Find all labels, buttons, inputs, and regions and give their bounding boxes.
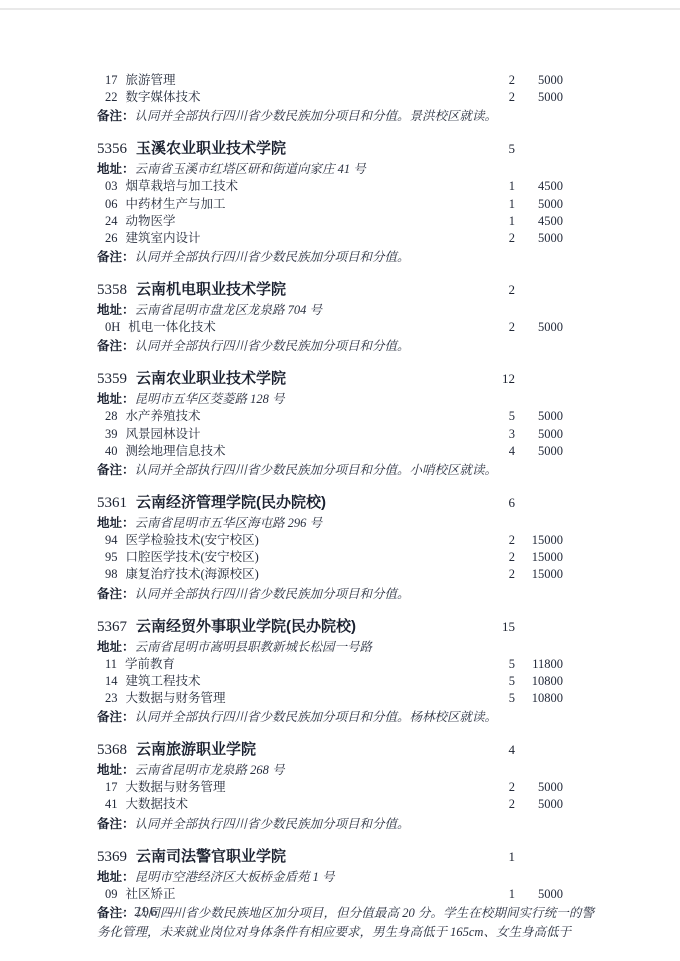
program-name: 建筑室内设计 — [126, 230, 482, 247]
section-header: 5361云南经济管理学院(民办院校)6 — [97, 493, 563, 513]
remark-text: 认同并全部执行四川省少数民族加分项目和分值。 — [135, 587, 410, 601]
program-row: 39风景园林设计35000 — [97, 426, 563, 443]
school-section: 5361云南经济管理学院(民办院校)6地址：云南省昆明市五华区海屯路 296 号… — [97, 493, 594, 604]
program-name: 动物医学 — [126, 213, 482, 230]
school-code: 5368 — [97, 740, 127, 760]
program-count: 2 — [481, 549, 515, 566]
program-code: 41 — [105, 796, 118, 813]
program-code: 0H — [105, 319, 120, 336]
program-row: 95口腔医学技术(安宁校区)215000 — [97, 549, 563, 566]
school-quota: 2 — [481, 280, 515, 300]
program-code: 09 — [105, 886, 118, 903]
section-header: 5358云南机电职业技术学院2 — [97, 280, 563, 300]
program-row: 28水产养殖技术55000 — [97, 408, 563, 425]
program-row: 24动物医学14500 — [97, 213, 563, 230]
program-count: 2 — [481, 319, 515, 336]
school-quota: 1 — [481, 847, 515, 867]
school-code: 5356 — [97, 139, 127, 159]
address-label: 地址： — [97, 392, 135, 406]
remark-text: 认同并全部执行四川省少数民族加分项目和分值。 — [135, 339, 410, 353]
address-label: 地址： — [97, 303, 135, 317]
address-line: 地址：昆明市五华区茭菱路 128 号 — [97, 391, 594, 408]
remark-label: 备注： — [97, 463, 135, 477]
program-fee: 10800 — [515, 673, 563, 690]
address-label: 地址： — [97, 516, 135, 530]
program-fee: 5000 — [515, 230, 563, 247]
address-text: 昆明市五华区茭菱路 128 号 — [135, 392, 285, 406]
program-count: 1 — [481, 178, 515, 195]
program-code: 11 — [105, 656, 117, 673]
address-label: 地址： — [97, 640, 135, 654]
program-name: 风景园林设计 — [126, 426, 482, 443]
school-section: 5367云南经贸外事职业学院(民办院校)15地址：云南省昆明市嵩明县职教新城长松… — [97, 617, 594, 728]
section-header: 5359云南农业职业技术学院12 — [97, 369, 563, 389]
program-count: 1 — [481, 213, 515, 230]
program-count: 2 — [481, 796, 515, 813]
program-count: 5 — [481, 690, 515, 707]
school-quota: 6 — [481, 493, 515, 513]
program-row: 03烟草栽培与加工技术14500 — [97, 178, 563, 195]
remark-line: 备注：认同并全部执行四川省少数民族加分项目和分值。杨林校区就读。 — [97, 708, 594, 727]
program-fee: 5000 — [515, 796, 563, 813]
program-name: 旅游管理 — [126, 72, 482, 89]
remark-label: 备注： — [97, 817, 135, 831]
address-line: 地址：云南省昆明市嵩明县职教新城长松园一号路 — [97, 639, 594, 656]
remark-line: 备注：认同并全部执行四川省少数民族加分项目和分值。 — [97, 248, 594, 267]
program-name: 社区矫正 — [126, 886, 482, 903]
school-code: 5358 — [97, 280, 127, 300]
school-section: 5358云南机电职业技术学院2地址：云南省昆明市盘龙区龙泉路 704 号0H机电… — [97, 280, 594, 356]
remark-line: 备注：认同并全部执行四川省少数民族加分项目和分值。景洪校区就读。 — [97, 107, 594, 126]
section-header: 5369云南司法警官职业学院1 — [97, 847, 563, 867]
program-name: 口腔医学技术(安宁校区) — [126, 549, 482, 566]
program-row: 22数字媒体技术25000 — [97, 89, 563, 106]
remark-text: 认同并全部执行四川省少数民族加分项目和分值。杨林校区就读。 — [135, 710, 498, 724]
program-fee: 15000 — [515, 549, 563, 566]
program-code: 24 — [105, 213, 118, 230]
school-code: 5361 — [97, 493, 127, 513]
program-code: 39 — [105, 426, 118, 443]
school-code: 5367 — [97, 617, 127, 637]
school-quota: 5 — [481, 139, 515, 159]
school-code: 5359 — [97, 369, 127, 389]
program-fee: 5000 — [515, 89, 563, 106]
address-text: 云南省昆明市龙泉路 268 号 — [135, 763, 285, 777]
program-row: 14建筑工程技术510800 — [97, 673, 563, 690]
school-section: 5369云南司法警官职业学院1地址：昆明市空港经济区大板桥金盾苑 1 号09社区… — [97, 847, 594, 942]
footer-dash-right: — — [166, 905, 181, 920]
section-header: 5356玉溪农业职业技术学院5 — [97, 139, 563, 159]
program-fee: 5000 — [515, 443, 563, 460]
program-count: 2 — [481, 89, 515, 106]
program-name: 机电一体化技术 — [128, 319, 481, 336]
page-content: 17旅游管理2500022数字媒体技术25000备注：认同并全部执行四川省少数民… — [0, 0, 680, 942]
school-quota: 12 — [481, 369, 515, 389]
remark-line: 备注：认同并全部执行四川省少数民族加分项目和分值。小哨校区就读。 — [97, 461, 594, 480]
program-row: 26建筑室内设计25000 — [97, 230, 563, 247]
program-count: 2 — [481, 72, 515, 89]
school-name: 云南经贸外事职业学院(民办院校) — [136, 617, 481, 637]
program-code: 94 — [105, 532, 118, 549]
address-text: 云南省昆明市盘龙区龙泉路 704 号 — [135, 303, 323, 317]
school-name: 云南经济管理学院(民办院校) — [136, 493, 481, 513]
program-count: 3 — [481, 426, 515, 443]
program-code: 17 — [105, 779, 118, 796]
program-row: 94医学检验技术(安宁校区)215000 — [97, 532, 563, 549]
remark-label: 备注： — [97, 587, 135, 601]
school-name: 云南机电职业技术学院 — [136, 280, 481, 300]
program-code: 23 — [105, 690, 118, 707]
program-count: 5 — [481, 673, 515, 690]
page-number: 296 — [134, 905, 158, 920]
remark-line: 备注：认同并全部执行四川省少数民族加分项目和分值。 — [97, 815, 594, 834]
program-name: 数字媒体技术 — [126, 89, 482, 106]
program-name: 中药材生产与加工 — [126, 196, 482, 213]
program-name: 测绘地理信息技术 — [126, 443, 482, 460]
school-name: 云南司法警官职业学院 — [136, 847, 481, 867]
program-row: 09社区矫正15000 — [97, 886, 563, 903]
program-name: 水产养殖技术 — [126, 408, 482, 425]
program-fee: 5000 — [515, 426, 563, 443]
program-fee: 5000 — [515, 72, 563, 89]
section-header: 5367云南经贸外事职业学院(民办院校)15 — [97, 617, 563, 637]
program-fee: 4500 — [515, 213, 563, 230]
school-quota: 15 — [481, 617, 515, 637]
remark-label: 备注： — [97, 109, 135, 123]
remark-label: 备注： — [97, 250, 135, 264]
document-page: 17旅游管理2500022数字媒体技术25000备注：认同并全部执行四川省少数民… — [0, 0, 680, 961]
remark-line: 备注：认同并全部执行四川省少数民族加分项目和分值。 — [97, 337, 594, 356]
program-count: 5 — [481, 656, 515, 673]
program-count: 1 — [481, 196, 515, 213]
school-name: 云南农业职业技术学院 — [136, 369, 481, 389]
address-text: 云南省昆明市嵩明县职教新城长松园一号路 — [135, 640, 373, 654]
program-fee: 10800 — [515, 690, 563, 707]
program-name: 烟草栽培与加工技术 — [126, 178, 482, 195]
remark-text: 认同并全部执行四川省少数民族加分项目和分值。 — [135, 250, 410, 264]
program-count: 1 — [481, 886, 515, 903]
address-line: 地址：昆明市空港经济区大板桥金盾苑 1 号 — [97, 869, 594, 886]
program-code: 22 — [105, 89, 118, 106]
address-text: 云南省昆明市五华区海屯路 296 号 — [135, 516, 323, 530]
remark-line: 备注：认同并全部执行四川省少数民族加分项目和分值。 — [97, 585, 594, 604]
program-count: 5 — [481, 408, 515, 425]
program-name: 学前教育 — [125, 656, 481, 673]
school-section: 5368云南旅游职业学院4地址：云南省昆明市龙泉路 268 号17大数据与财务管… — [97, 740, 594, 833]
remark-text: 认同并全部执行四川省少数民族加分项目和分值。小哨校区就读。 — [135, 463, 498, 477]
program-fee: 5000 — [515, 319, 563, 336]
address-line: 地址：云南省玉溪市红塔区研和街道向家庄 41 号 — [97, 161, 594, 178]
school-name: 云南旅游职业学院 — [136, 740, 481, 760]
program-name: 康复治疗技术(海源校区) — [126, 566, 482, 583]
page-footer: —296— — [103, 905, 189, 921]
program-name: 建筑工程技术 — [126, 673, 482, 690]
remark-text: 认同并全部执行四川省少数民族加分项目和分值。 — [135, 817, 410, 831]
program-fee: 11800 — [515, 656, 563, 673]
school-section: 5356玉溪农业职业技术学院5地址：云南省玉溪市红塔区研和街道向家庄 41 号0… — [97, 139, 594, 267]
program-row: 23大数据与财务管理510800 — [97, 690, 563, 707]
program-fee: 5000 — [515, 886, 563, 903]
school-code: 5369 — [97, 847, 127, 867]
address-line: 地址：云南省昆明市盘龙区龙泉路 704 号 — [97, 302, 594, 319]
program-fee: 15000 — [515, 566, 563, 583]
program-code: 26 — [105, 230, 118, 247]
school-name: 玉溪农业职业技术学院 — [136, 139, 481, 159]
program-name: 医学检验技术(安宁校区) — [126, 532, 482, 549]
program-count: 2 — [481, 566, 515, 583]
address-text: 云南省玉溪市红塔区研和街道向家庄 41 号 — [135, 162, 366, 176]
program-code: 06 — [105, 196, 118, 213]
program-count: 2 — [481, 779, 515, 796]
program-row: 11学前教育511800 — [97, 656, 563, 673]
remark-text: 认同并全部执行四川省少数民族加分项目和分值。景洪校区就读。 — [135, 109, 498, 123]
program-row: 98康复治疗技术(海源校区)215000 — [97, 566, 563, 583]
program-row: 0H机电一体化技术25000 — [97, 319, 563, 336]
address-text: 昆明市空港经济区大板桥金盾苑 1 号 — [135, 870, 335, 884]
address-label: 地址： — [97, 763, 135, 777]
program-code: 98 — [105, 566, 118, 583]
address-line: 地址：云南省昆明市龙泉路 268 号 — [97, 762, 594, 779]
program-row: 06中药材生产与加工15000 — [97, 196, 563, 213]
program-code: 95 — [105, 549, 118, 566]
footer-dash-left: — — [111, 905, 126, 920]
program-fee: 15000 — [515, 532, 563, 549]
school-section: 17旅游管理2500022数字媒体技术25000备注：认同并全部执行四川省少数民… — [97, 72, 594, 126]
program-code: 28 — [105, 408, 118, 425]
address-label: 地址： — [97, 162, 135, 176]
section-header: 5368云南旅游职业学院4 — [97, 740, 563, 760]
program-row: 17大数据与财务管理25000 — [97, 779, 563, 796]
program-row: 40测绘地理信息技术45000 — [97, 443, 563, 460]
address-label: 地址： — [97, 870, 135, 884]
program-count: 2 — [481, 532, 515, 549]
program-name: 大数据与财务管理 — [126, 779, 482, 796]
program-fee: 5000 — [515, 779, 563, 796]
program-row: 41大数据技术25000 — [97, 796, 563, 813]
program-count: 4 — [481, 443, 515, 460]
remark-label: 备注： — [97, 339, 135, 353]
program-row: 17旅游管理25000 — [97, 72, 563, 89]
scan-artifact-line — [0, 8, 680, 10]
program-fee: 4500 — [515, 178, 563, 195]
program-name: 大数据与财务管理 — [126, 690, 482, 707]
program-fee: 5000 — [515, 408, 563, 425]
program-code: 17 — [105, 72, 118, 89]
program-name: 大数据技术 — [126, 796, 482, 813]
school-quota: 4 — [481, 740, 515, 760]
program-code: 03 — [105, 178, 118, 195]
remark-label: 备注： — [97, 710, 135, 724]
program-fee: 5000 — [515, 196, 563, 213]
address-line: 地址：云南省昆明市五华区海屯路 296 号 — [97, 515, 594, 532]
program-code: 40 — [105, 443, 118, 460]
program-code: 14 — [105, 673, 118, 690]
program-count: 2 — [481, 230, 515, 247]
school-section: 5359云南农业职业技术学院12地址：昆明市五华区茭菱路 128 号28水产养殖… — [97, 369, 594, 480]
